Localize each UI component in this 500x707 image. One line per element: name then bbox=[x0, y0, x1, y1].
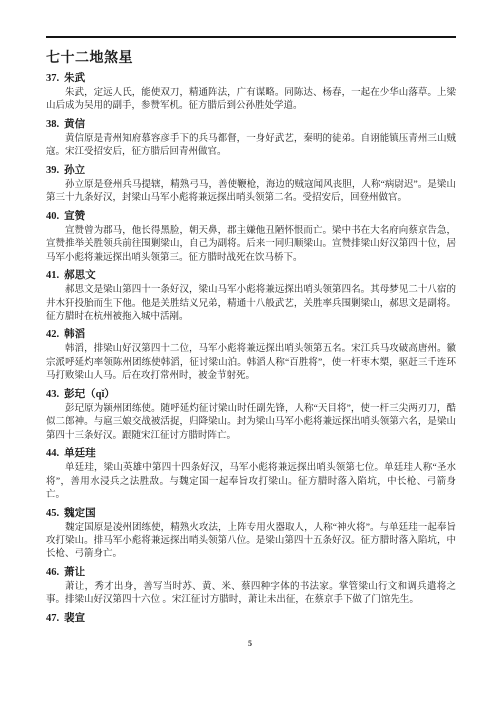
entry-description: 黄信原是青州知府慕容彦手下的兵马都督，一身好武艺，秦明的徒弟。自诩能镇压青州三山… bbox=[46, 133, 456, 160]
header-divider bbox=[46, 36, 456, 38]
entry-name: 孙立 bbox=[64, 165, 85, 176]
entry-number: 46. bbox=[46, 567, 59, 578]
entry-description: 韩滔，排梁山好汉第四十二位，马军小彪将兼远探出哨头领第五名。宋江兵马攻破高唐州。… bbox=[46, 343, 456, 383]
entry-name: 萧让 bbox=[64, 567, 85, 578]
entry-heading: 40.宣赞 bbox=[46, 210, 456, 223]
entry-description: 萧让，秀才出身，善写当时苏、黄、米、蔡四种字体的书法家。掌管梁山行文和调兵遣将之… bbox=[46, 581, 456, 608]
entry-name: 裴宣 bbox=[64, 613, 85, 624]
entry-39: 39.孙立 孙立原是登州兵马提辖，精熟弓马，善使鞭枪，海边的贼寇闻风丧胆，人称“… bbox=[46, 164, 456, 206]
entry-heading: 47.裴宣 bbox=[46, 612, 456, 625]
entry-description: 孙立原是登州兵马提辖，精熟弓马，善使鞭枪，海边的贼寇闻风丧胆，人称“病尉迟”。是… bbox=[46, 179, 456, 206]
entry-37: 37.朱武 朱武，定远人氏，能使双刀，精通阵法，广有谋略。同陈达、杨春，一起在少… bbox=[46, 72, 456, 114]
entry-name: 宣赞 bbox=[64, 211, 85, 222]
entry-description: 宣赞曾为郡马，他长得黑脸，朝天鼻，郡主嫌他丑陋怀恨而亡。梁中书在大名府向蔡京告急… bbox=[46, 225, 456, 265]
entry-43: 43.彭玘（qǐ） 彭玘原为颍州团练使。随呼延灼征讨梁山时任副先锋，人称“天目将… bbox=[46, 388, 456, 443]
entry-42: 42.韩滔 韩滔，排梁山好汉第四十二位，马军小彪将兼远探出哨头领第五名。宋江兵马… bbox=[46, 328, 456, 383]
entry-number: 37. bbox=[46, 73, 59, 84]
entry-number: 47. bbox=[46, 613, 59, 624]
entry-number: 38. bbox=[46, 119, 59, 130]
entry-number: 44. bbox=[46, 448, 59, 459]
entry-description: 郝思文是梁山第四十一条好汉，梁山马军小彪将兼远探出哨头领第四名。其母梦见二十八宿… bbox=[46, 284, 456, 324]
entry-heading: 39.孙立 bbox=[46, 164, 456, 177]
entry-45: 45.魏定国 魏定国原是凌州团练使，精熟火攻法，上阵专用火器取人，人称“神火将”… bbox=[46, 507, 456, 562]
entry-41: 41.郝思文 郝思文是梁山第四十一条好汉，梁山马军小彪将兼远探出哨头领第四名。其… bbox=[46, 269, 456, 324]
entry-name: 韩滔 bbox=[64, 329, 85, 340]
entry-heading: 44.单廷珪 bbox=[46, 447, 456, 460]
entry-heading: 42.韩滔 bbox=[46, 328, 456, 341]
entry-heading: 41.郝思文 bbox=[46, 269, 456, 282]
entry-number: 45. bbox=[46, 508, 59, 519]
entry-name: 黄信 bbox=[64, 119, 85, 130]
document-page: 七十二地煞星 37.朱武 朱武，定远人氏，能使双刀，精通阵法，广有谋略。同陈达、… bbox=[0, 0, 500, 707]
entry-heading: 37.朱武 bbox=[46, 72, 456, 85]
entry-description: 单廷珪，梁山英雄中第四十四条好汉，马军小彪将兼远探出哨头领第七位。单廷珪人称“圣… bbox=[46, 462, 456, 502]
entry-44: 44.单廷珪 单廷珪，梁山英雄中第四十四条好汉，马军小彪将兼远探出哨头领第七位。… bbox=[46, 447, 456, 502]
entry-name: 单廷珪 bbox=[64, 448, 96, 459]
entry-40: 40.宣赞 宣赞曾为郡马，他长得黑脸，朝天鼻，郡主嫌他丑陋怀恨而亡。梁中书在大名… bbox=[46, 210, 456, 265]
page-number-label: 5 bbox=[0, 639, 500, 648]
page-title: 七十二地煞星 bbox=[46, 50, 456, 67]
entry-description: 魏定国原是凌州团练使，精熟火攻法，上阵专用火器取人，人称“神火将”。与单廷珪一起… bbox=[46, 522, 456, 562]
entry-number: 39. bbox=[46, 165, 59, 176]
entry-description: 彭玘原为颍州团练使。随呼延灼征讨梁山时任副先锋，人称“天目将”，使一杆三尖两刃刀… bbox=[46, 403, 456, 443]
entry-heading: 38.黄信 bbox=[46, 118, 456, 131]
entry-46: 46.萧让 萧让，秀才出身，善写当时苏、黄、米、蔡四种字体的书法家。掌管梁山行文… bbox=[46, 566, 456, 608]
entry-description: 朱武，定远人氏，能使双刀，精通阵法，广有谋略。同陈达、杨春，一起在少华山落草。上… bbox=[46, 87, 456, 114]
entry-47: 47.裴宣 bbox=[46, 612, 456, 625]
entry-heading: 45.魏定国 bbox=[46, 507, 456, 520]
entry-heading: 43.彭玘（qǐ） bbox=[46, 388, 456, 401]
entry-number: 42. bbox=[46, 329, 59, 340]
entry-name: 郝思文 bbox=[64, 270, 96, 281]
entry-name: 朱武 bbox=[64, 73, 85, 84]
entry-heading: 46.萧让 bbox=[46, 566, 456, 579]
entry-number: 43. bbox=[46, 389, 59, 400]
entry-number: 41. bbox=[46, 270, 59, 281]
entry-name: 魏定国 bbox=[64, 508, 96, 519]
entry-name: 彭玘（qǐ） bbox=[64, 389, 115, 400]
entry-number: 40. bbox=[46, 211, 59, 222]
entry-38: 38.黄信 黄信原是青州知府慕容彦手下的兵马都督，一身好武艺，秦明的徒弟。自诩能… bbox=[46, 118, 456, 160]
